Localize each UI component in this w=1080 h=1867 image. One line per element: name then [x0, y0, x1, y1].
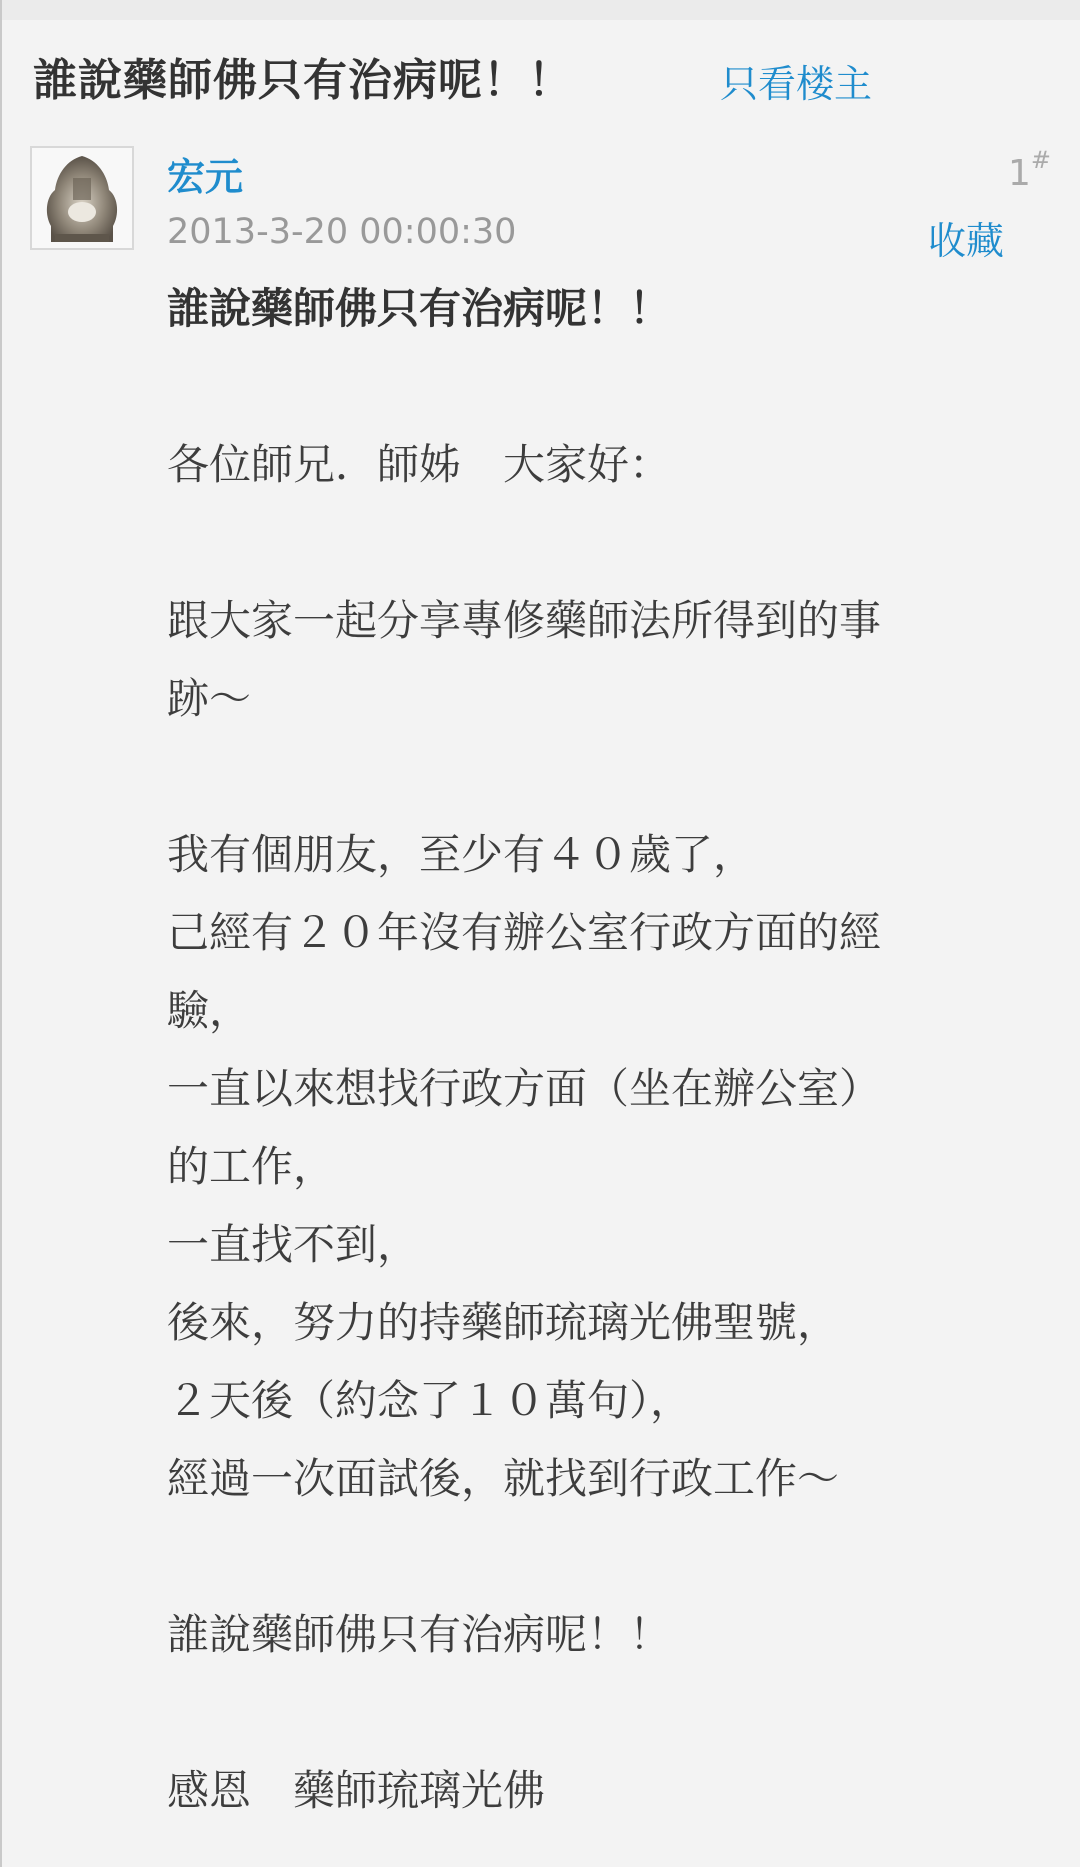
post-line [167, 348, 1047, 426]
favorite-button[interactable]: 收藏 [928, 210, 1004, 265]
top-band [0, 0, 1080, 20]
post-line: 誰說藥師佛只有治病呢！！ [167, 270, 1047, 348]
post-line: 各位師兄．師姊 大家好： [167, 426, 1047, 504]
post-line: 感恩 藥師琉璃光佛 [167, 1752, 1047, 1830]
post-line: 跡～ [167, 660, 1047, 738]
post-line [167, 1518, 1047, 1596]
post-line: 誰說藥師佛只有治病呢！！ [167, 1596, 1047, 1674]
only-op-link[interactable]: 只看楼主 [720, 53, 872, 108]
post-line [167, 504, 1047, 582]
post-line: 跟大家一起分享專修藥師法所得到的事 [167, 582, 1047, 660]
buddha-statue-icon [37, 150, 127, 246]
floor-number-value: 1 [1008, 153, 1031, 194]
post-line: 我有個朋友，至少有４０歲了， [167, 816, 1047, 894]
post-line: 後來，努力的持藥師琉璃光佛聖號， [167, 1284, 1047, 1362]
username[interactable]: 宏元 [167, 146, 243, 201]
post-line [167, 1674, 1047, 1752]
avatar[interactable] [30, 146, 134, 250]
post-timestamp: 2013-3-20 00:00:30 [167, 212, 516, 252]
post-line: 一直以來想找行政方面（坐在辦公室） [167, 1050, 1047, 1128]
post-body: 誰說藥師佛只有治病呢！！ 各位師兄．師姊 大家好： 跟大家一起分享專修藥師法所得… [167, 270, 1047, 1830]
post-line: 的工作， [167, 1128, 1047, 1206]
floor-number: 1# [1008, 150, 1051, 194]
post-line: 一直找不到， [167, 1206, 1047, 1284]
post-line [167, 738, 1047, 816]
post-line: 經過一次面試後，就找到行政工作～ [167, 1440, 1047, 1518]
left-border [0, 0, 2, 1867]
post-line: ２天後（約念了１０萬句）， [167, 1362, 1047, 1440]
post-line: 己經有２０年沒有辦公室行政方面的經 [167, 894, 1047, 972]
post-line: 驗， [167, 972, 1047, 1050]
thread-title: 誰說藥師佛只有治病呢！！ [33, 44, 573, 108]
floor-symbol: # [1031, 146, 1051, 174]
